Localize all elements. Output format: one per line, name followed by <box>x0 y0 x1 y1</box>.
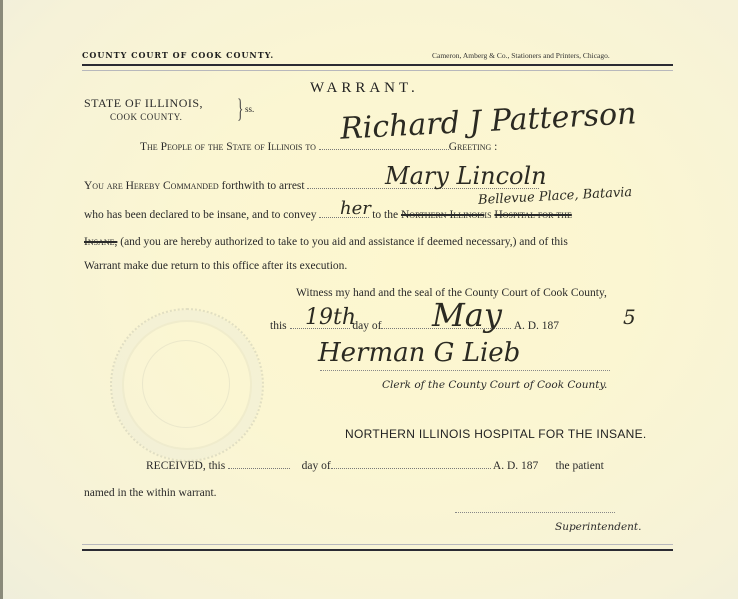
embossed-court-seal <box>110 308 264 462</box>
received-label: RECEIVED, this <box>146 460 225 472</box>
day-handwritten: 19th <box>305 305 356 330</box>
seal-inner-ring <box>142 340 230 428</box>
superintendent-signature-line <box>455 512 615 513</box>
kept-is: is <box>484 209 491 221</box>
struck-insane: Insane, <box>84 236 117 248</box>
year-digit-handwritten: 5 <box>623 305 636 329</box>
greeting-suffix: Greeting : <box>449 141 498 153</box>
pronoun-handwritten: her <box>340 198 371 219</box>
convey-to: to the <box>372 209 398 221</box>
signature-line <box>320 370 610 371</box>
clerk-title: Clerk of the County Court of Cook County… <box>382 379 607 391</box>
footer-rule-thin <box>82 544 673 545</box>
day-of-label: day of <box>352 320 381 332</box>
received-month-blank <box>331 467 491 469</box>
received-line: RECEIVED, this day of A. D. 187 the pati… <box>146 460 604 472</box>
authority-line: Insane, (and you are hereby authorized t… <box>84 236 568 248</box>
patient-text: the patient <box>556 460 604 472</box>
month-handwritten: May <box>432 296 502 334</box>
addressee-blank <box>319 148 449 150</box>
printer-credit: Cameron, Amberg & Co., Stationers and Pr… <box>432 51 610 60</box>
header-rule-thick <box>82 64 673 66</box>
venue-state: STATE OF ILLINOIS, <box>84 96 203 111</box>
struck-northern-illinois: Northern Illinois <box>401 209 484 221</box>
convey-line: who has been declared to be insane, and … <box>84 209 572 221</box>
greeting-prefix: The People of the State of Illinois to <box>140 141 316 153</box>
struck-hospital-for-the: Hospital for the <box>494 209 571 221</box>
command-prefix: You are Hereby Commanded <box>84 180 219 192</box>
paper-edge <box>0 0 3 599</box>
hospital-name: NORTHERN ILLINOIS HOSPITAL FOR THE INSAN… <box>345 427 647 441</box>
venue-county: COOK COUNTY. <box>110 112 182 122</box>
footer-rule-thick <box>82 549 673 551</box>
header-rule-thin <box>82 70 673 71</box>
convey-text: who has been declared to be insane, and … <box>84 209 316 221</box>
greeting-line: The People of the State of Illinois to G… <box>140 141 497 153</box>
addressee-handwritten: Richard J Patterson <box>339 96 637 146</box>
received-day-of: day of <box>302 460 331 472</box>
within-warrant-line: named in the within warrant. <box>84 487 217 499</box>
court-name-header: COUNTY COURT OF COOK COUNTY. <box>82 50 274 60</box>
authority-text: (and you are hereby authorized to take t… <box>120 236 568 248</box>
clerk-signature: Herman G Lieb <box>318 338 520 368</box>
received-day-blank <box>228 467 290 469</box>
this-label: this <box>270 320 287 332</box>
document-title: WARRANT. <box>310 80 419 97</box>
return-line: Warrant make due return to this office a… <box>84 260 347 272</box>
venue-brace: } <box>237 94 243 124</box>
command-text: forthwith to arrest <box>222 180 305 192</box>
ad-label: A. D. 187 <box>514 320 559 332</box>
superintendent-title: Superintendent. <box>555 521 641 533</box>
arrestee-handwritten: Mary Lincoln <box>385 162 547 190</box>
received-ad: A. D. 187 <box>493 460 538 472</box>
venue-ss: ss. <box>245 104 254 114</box>
